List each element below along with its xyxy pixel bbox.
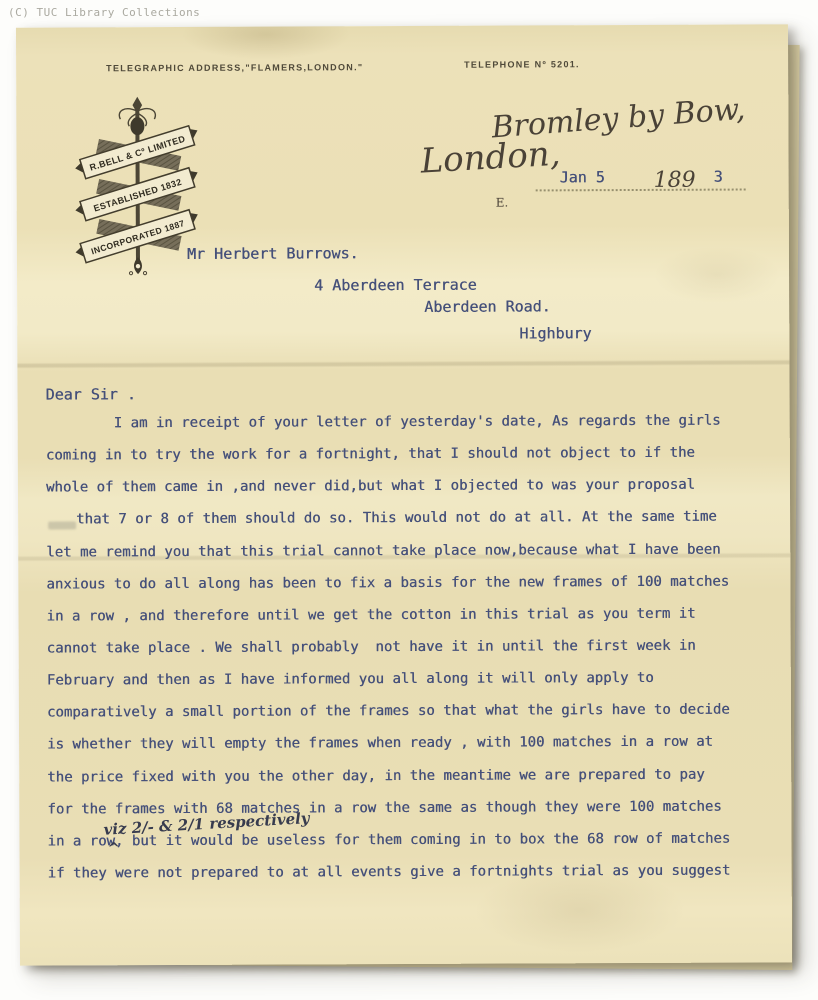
recipient-address-line1: 4 Aberdeen Terrace [314,276,477,295]
body-line: is whether they will empty the frames wh… [47,734,763,769]
logo-tassel-icon [129,257,146,275]
recipient-address-line3: Highbury [519,324,591,342]
printed-year: 189 [654,168,696,193]
body-line: the price fixed with you the other day, … [47,766,763,801]
typed-year-digit: 3 [714,168,723,186]
erasure-smudge [48,521,76,529]
body-line: cannot take place . We shall probably no… [47,637,763,672]
insertion-caret: ^ [107,839,120,857]
telegraphic-address: TELEGRAPHIC ADDRESS,"FLAMERS,LONDON." [106,62,363,73]
body-line: if they were not prepared to at all even… [48,862,764,897]
body-line: whole of them came in ,and never did,but… [46,477,762,512]
recipient-name: Mr Herbert Burrows. [187,244,359,263]
body-line: February and then as I have informed you… [47,670,763,705]
telephone-number: TELEPHONE Nº 5201. [464,59,580,70]
body-line: let me remind you that this trial cannot… [46,541,762,576]
watermark: (C) TUC Library Collections [8,6,200,19]
body-line: coming in to try the work for a fortnigh… [46,445,762,480]
typed-date-day: Jan 5 [560,168,605,186]
recipient-block: Mr Herbert Burrows. 4 Aberdeen Terrace A… [16,24,788,27]
company-logo: R.BELL & Cº LIMITED ESTABLISHED 1832 INC… [74,95,201,278]
body-line: in a row , and therefore until we get th… [46,605,762,640]
letter-paper: TELEGRAPHIC ADDRESS,"FLAMERS,LONDON." TE… [16,24,792,965]
district-letter: E. [496,196,509,210]
date-line: Jan 5 189 3 [536,161,746,192]
body-line: anxious to do all along has been to fix … [46,573,762,608]
body-line: comparatively a small portion of the fra… [47,702,763,737]
salutation: Dear Sir . [46,385,136,403]
body-line: I am in receipt of your letter of yester… [46,412,762,447]
body-line: that 7 or 8 of them should do so. This w… [46,509,762,544]
recipient-address-line2: Aberdeen Road. [424,297,551,316]
